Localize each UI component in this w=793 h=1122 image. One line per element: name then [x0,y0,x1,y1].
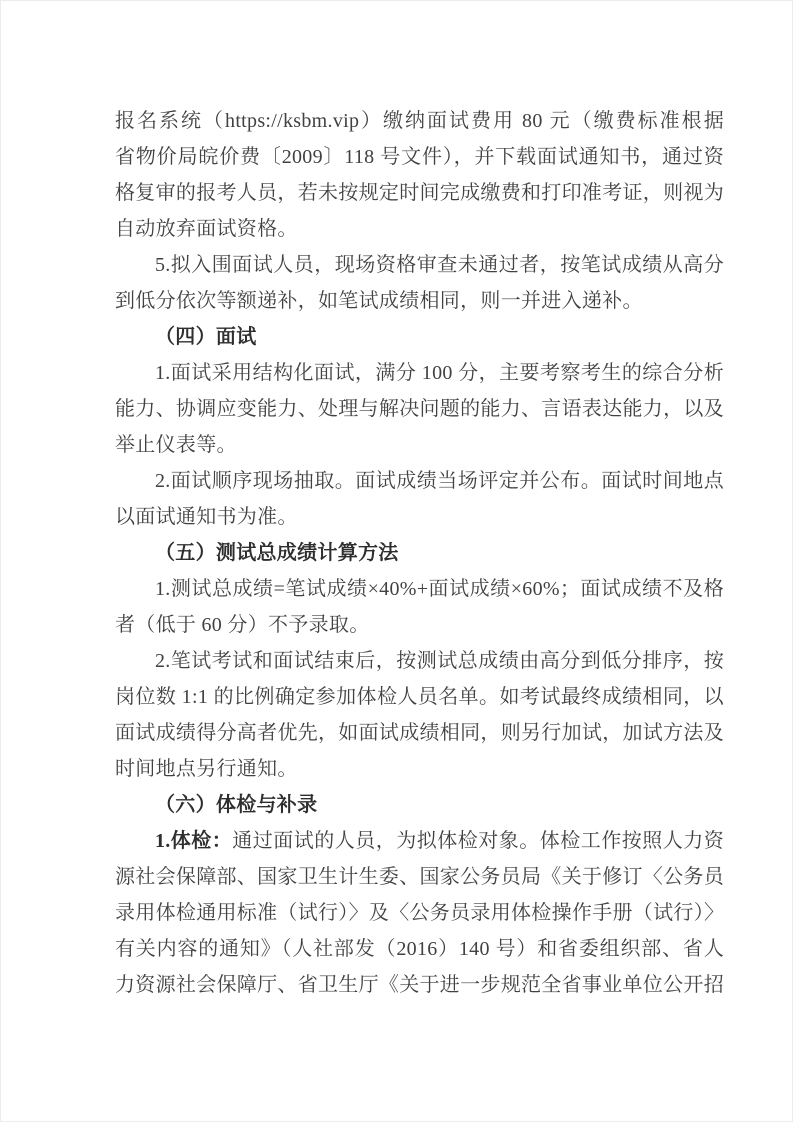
document-line: 时间地点另行通知。 [115,751,724,787]
document-line: 1.面试采用结构化面试，满分 100 分，主要考察考生的综合分析 [115,355,724,391]
document-line: 源社会保障部、国家卫生计生委、国家公务员局《关于修订〈公务员 [115,859,724,895]
document-line: 岗位数 1:1 的比例确定参加体检人员名单。如考试最终成绩相同，以 [115,679,724,715]
text-segment: 录用体检通用标准（试行）〉及〈公务员录用体检操作手册（试行）〉 [115,902,724,924]
text-segment: 源社会保障部、国家卫生计生委、国家公务员局《关于修订〈公务员 [115,866,724,888]
text-segment: （六）体检与补录 [155,794,317,816]
document-line: 1.体检：通过面试的人员，为拟体检对象。体检工作按照人力资 [115,823,724,859]
document-line: 到低分依次等额递补，如笔试成绩相同，则一并进入递补。 [115,283,724,319]
text-segment: 举止仪表等。 [115,434,237,456]
document-line: 举止仪表等。 [115,427,724,463]
text-segment: 力资源社会保障厅、省卫生厅《关于进一步规范全省事业单位公开招 [115,974,724,996]
document-line: 能力、协调应变能力、处理与解决问题的能力、言语表达能力，以及 [115,391,724,427]
text-segment: （五）测试总成绩计算方法 [155,542,399,564]
text-segment: 1.体检： [155,830,232,852]
text-segment: 者（低于 60 分）不予录取。 [115,614,370,636]
document-line: 录用体检通用标准（试行）〉及〈公务员录用体检操作手册（试行）〉 [115,895,724,931]
document-line: 有关内容的通知》（人社部发（2016）140 号）和省委组织部、省人 [115,931,724,967]
document-line: 面试成绩得分高者优先，如面试成绩相同，则另行加试，加试方法及 [115,715,724,751]
document-line: 格复审的报考人员，若未按规定时间完成缴费和打印准考证，则视为 [115,175,724,211]
text-segment: 格复审的报考人员，若未按规定时间完成缴费和打印准考证，则视为 [115,182,724,204]
text-segment: 时间地点另行通知。 [115,758,298,780]
text-segment: 能力、协调应变能力、处理与解决问题的能力、言语表达能力，以及 [115,398,724,420]
document-line: 省物价局皖价费〔2009〕118 号文件），并下载面试通知书，通过资 [115,139,724,175]
text-segment: 2.面试顺序现场抽取。面试成绩当场评定并公布。面试时间地点 [155,470,724,492]
section-heading: （五）测试总成绩计算方法 [115,535,724,571]
document-line: 以面试通知书为准。 [115,499,724,535]
document-line: 者（低于 60 分）不予录取。 [115,607,724,643]
text-segment: 1.测试总成绩=笔试成绩×40%+面试成绩×60%；面试成绩不及格 [155,578,724,600]
text-segment: 报名系统（https://ksbm.vip）缴纳面试费用 80 元（缴费标准根据 [115,110,724,132]
text-segment: 有关内容的通知》（人社部发（2016）140 号）和省委组织部、省人 [115,938,724,960]
section-heading: （四）面试 [115,319,724,355]
document-line: 报名系统（https://ksbm.vip）缴纳面试费用 80 元（缴费标准根据 [115,103,724,139]
document-line: 自动放弃面试资格。 [115,211,724,247]
section-heading: （六）体检与补录 [115,787,724,823]
text-segment: 1.面试采用结构化面试，满分 100 分，主要考察考生的综合分析 [155,362,724,384]
text-segment: 面试成绩得分高者优先，如面试成绩相同，则另行加试，加试方法及 [115,722,724,744]
document-line: 2.笔试考试和面试结束后，按测试总成绩由高分到低分排序，按 [115,643,724,679]
text-segment: （四）面试 [155,326,257,348]
text-segment: 2.笔试考试和面试结束后，按测试总成绩由高分到低分排序，按 [155,650,724,672]
document-line: 5.拟入围面试人员，现场资格审查未通过者，按笔试成绩从高分 [115,247,724,283]
text-segment: 5.拟入围面试人员，现场资格审查未通过者，按笔试成绩从高分 [155,254,724,276]
document-line: 2.面试顺序现场抽取。面试成绩当场评定并公布。面试时间地点 [115,463,724,499]
text-segment: 通过面试的人员，为拟体检对象。体检工作按照人力资 [232,830,724,852]
document-content: 报名系统（https://ksbm.vip）缴纳面试费用 80 元（缴费标准根据… [115,103,724,1003]
document-line: 力资源社会保障厅、省卫生厅《关于进一步规范全省事业单位公开招 [115,967,724,1003]
document-line: 1.测试总成绩=笔试成绩×40%+面试成绩×60%；面试成绩不及格 [115,571,724,607]
text-segment: 自动放弃面试资格。 [115,218,298,240]
text-segment: 以面试通知书为准。 [115,506,298,528]
text-segment: 省物价局皖价费〔2009〕118 号文件），并下载面试通知书，通过资 [115,146,724,168]
document-page: 报名系统（https://ksbm.vip）缴纳面试费用 80 元（缴费标准根据… [0,0,793,1122]
text-segment: 到低分依次等额递补，如笔试成绩相同，则一并进入递补。 [115,290,643,312]
text-segment: 岗位数 1:1 的比例确定参加体检人员名单。如考试最终成绩相同，以 [115,686,724,708]
